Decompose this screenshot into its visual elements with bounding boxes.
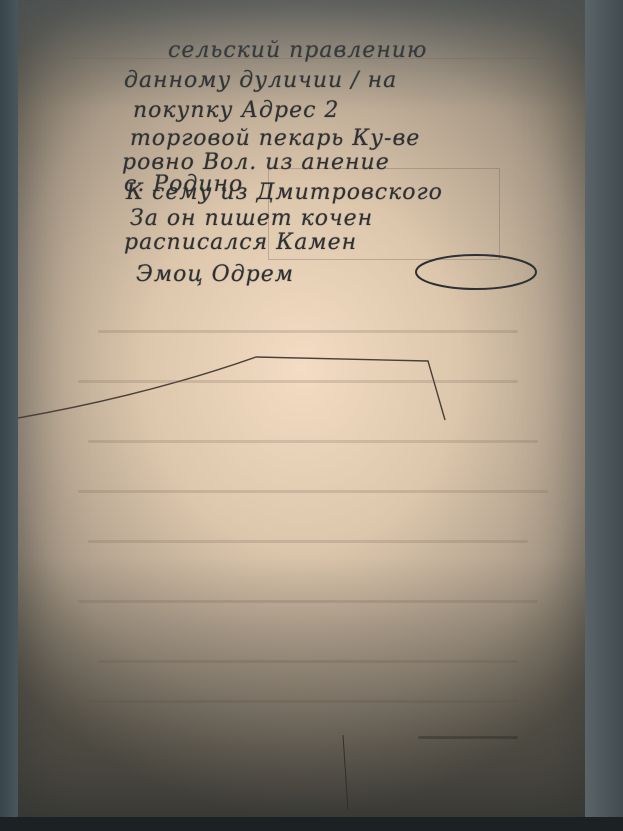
ruled-line (38, 58, 558, 59)
right-scanner-edge (585, 0, 623, 831)
handwriting-line: данному дуличии / на (124, 68, 397, 93)
left-scanner-edge (0, 0, 20, 831)
document-page: сельский правлению данному дуличии / на … (18, 0, 585, 818)
boundary-line (18, 357, 445, 420)
handwriting-line: сельский правлению (168, 38, 427, 63)
signature-flourish (416, 255, 536, 289)
bottom-scanner-edge (0, 817, 623, 831)
